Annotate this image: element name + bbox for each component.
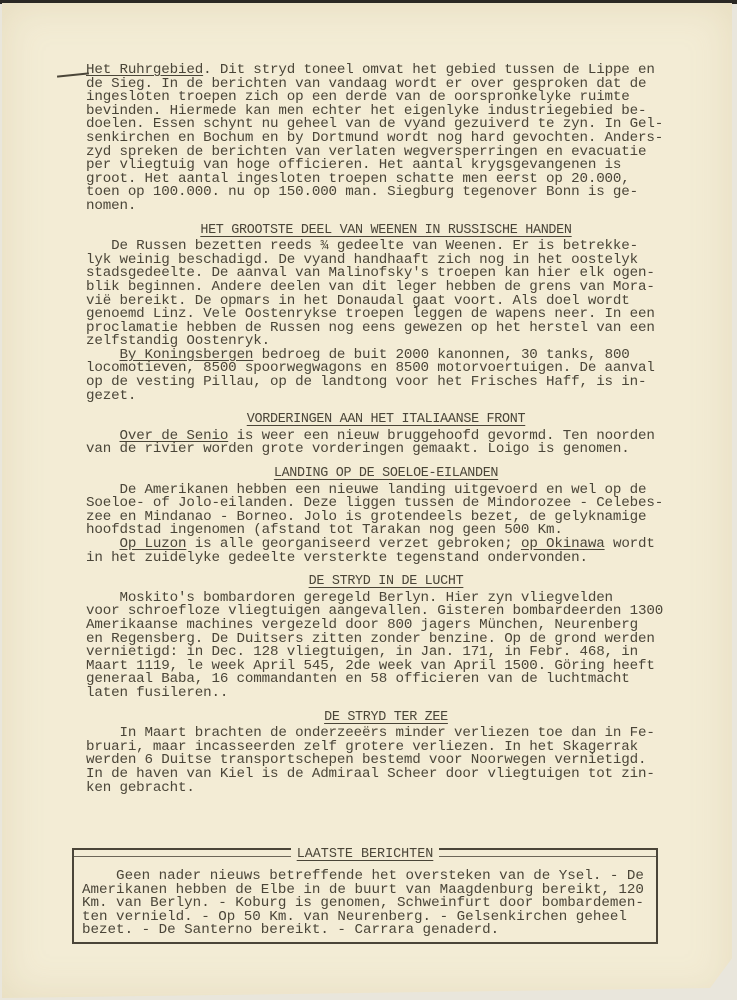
section-italie: VORDERINGEN AAN HET ITALIAANSE FRONT Ove… [86, 413, 686, 457]
line-text: ken gebracht. [86, 780, 195, 796]
section-heading: HET GROOTSTE DEEL VAN WEENEN IN RUSSISCH… [86, 224, 686, 238]
line-text: op de vesting Pillau, op de landtong voo… [86, 374, 646, 390]
section-soeloe: LANDING OP DE SOELOE-EILANDEN De Amerika… [86, 467, 686, 565]
document-body: Het Ruhrgebied. Dit stryd toneel omvat h… [86, 64, 686, 795]
text-line: van de rivier worden grote vorderingen g… [86, 443, 686, 457]
text-line: gezet. [86, 390, 686, 404]
section-heading-text: DE STRYD TER ZEE [324, 710, 448, 725]
line-text: laten fusileren.. [86, 685, 228, 701]
latest-news-heading: LAATSTE BERICHTEN [74, 848, 656, 862]
section-heading: LANDING OP DE SOELOE-EILANDEN [86, 467, 686, 481]
text-line: op de vesting Pillau, op de landtong voo… [86, 376, 686, 390]
text-line: bezet. - De Santerno bereikt. - Carrara … [82, 924, 648, 938]
line-text: toen op 100.000. nu op 150.000 man. Sieg… [86, 184, 638, 200]
text-line: ken gebracht. [86, 782, 686, 796]
section-heading: DE STRYD IN DE LUCHT [86, 575, 686, 589]
section-ruhr: Het Ruhrgebied. Dit stryd toneel omvat h… [86, 64, 686, 214]
text-line: laten fusileren.. [86, 687, 686, 701]
section-heading-text: LANDING OP DE SOELOE-EILANDEN [274, 466, 498, 481]
section-heading: DE STRYD TER ZEE [86, 711, 686, 725]
section-weenen: HET GROOTSTE DEEL VAN WEENEN IN RUSSISCH… [86, 224, 686, 404]
section-lucht: DE STRYD IN DE LUCHT Moskito's bombardor… [86, 575, 686, 700]
latest-news-text: Geen nader nieuws betreffende het overst… [82, 870, 648, 938]
line-text: nomen. [86, 198, 136, 214]
section-heading-text: DE STRYD IN DE LUCHT [309, 574, 464, 589]
latest-news-box: LAATSTE BERICHTEN Geen nader nieuws betr… [72, 848, 658, 944]
text-line: nomen. [86, 200, 686, 214]
text-line: toen op 100.000. nu op 150.000 man. Sieg… [86, 186, 686, 200]
line-text: van de rivier worden grote vorderingen g… [86, 441, 630, 457]
line-text: gezet. [86, 388, 136, 404]
section-heading-text: HET GROOTSTE DEEL VAN WEENEN IN RUSSISCH… [200, 223, 571, 238]
section-zee: DE STRYD TER ZEE In Maart brachten de on… [86, 711, 686, 796]
section-heading-text: VORDERINGEN AAN HET ITALIAANSE FRONT [247, 412, 526, 427]
line-text: in het zuidelyke gedeelte versterkte teg… [86, 550, 588, 566]
text-line: in het zuidelyke gedeelte versterkte teg… [86, 552, 686, 566]
section-heading: VORDERINGEN AAN HET ITALIAANSE FRONT [86, 413, 686, 427]
